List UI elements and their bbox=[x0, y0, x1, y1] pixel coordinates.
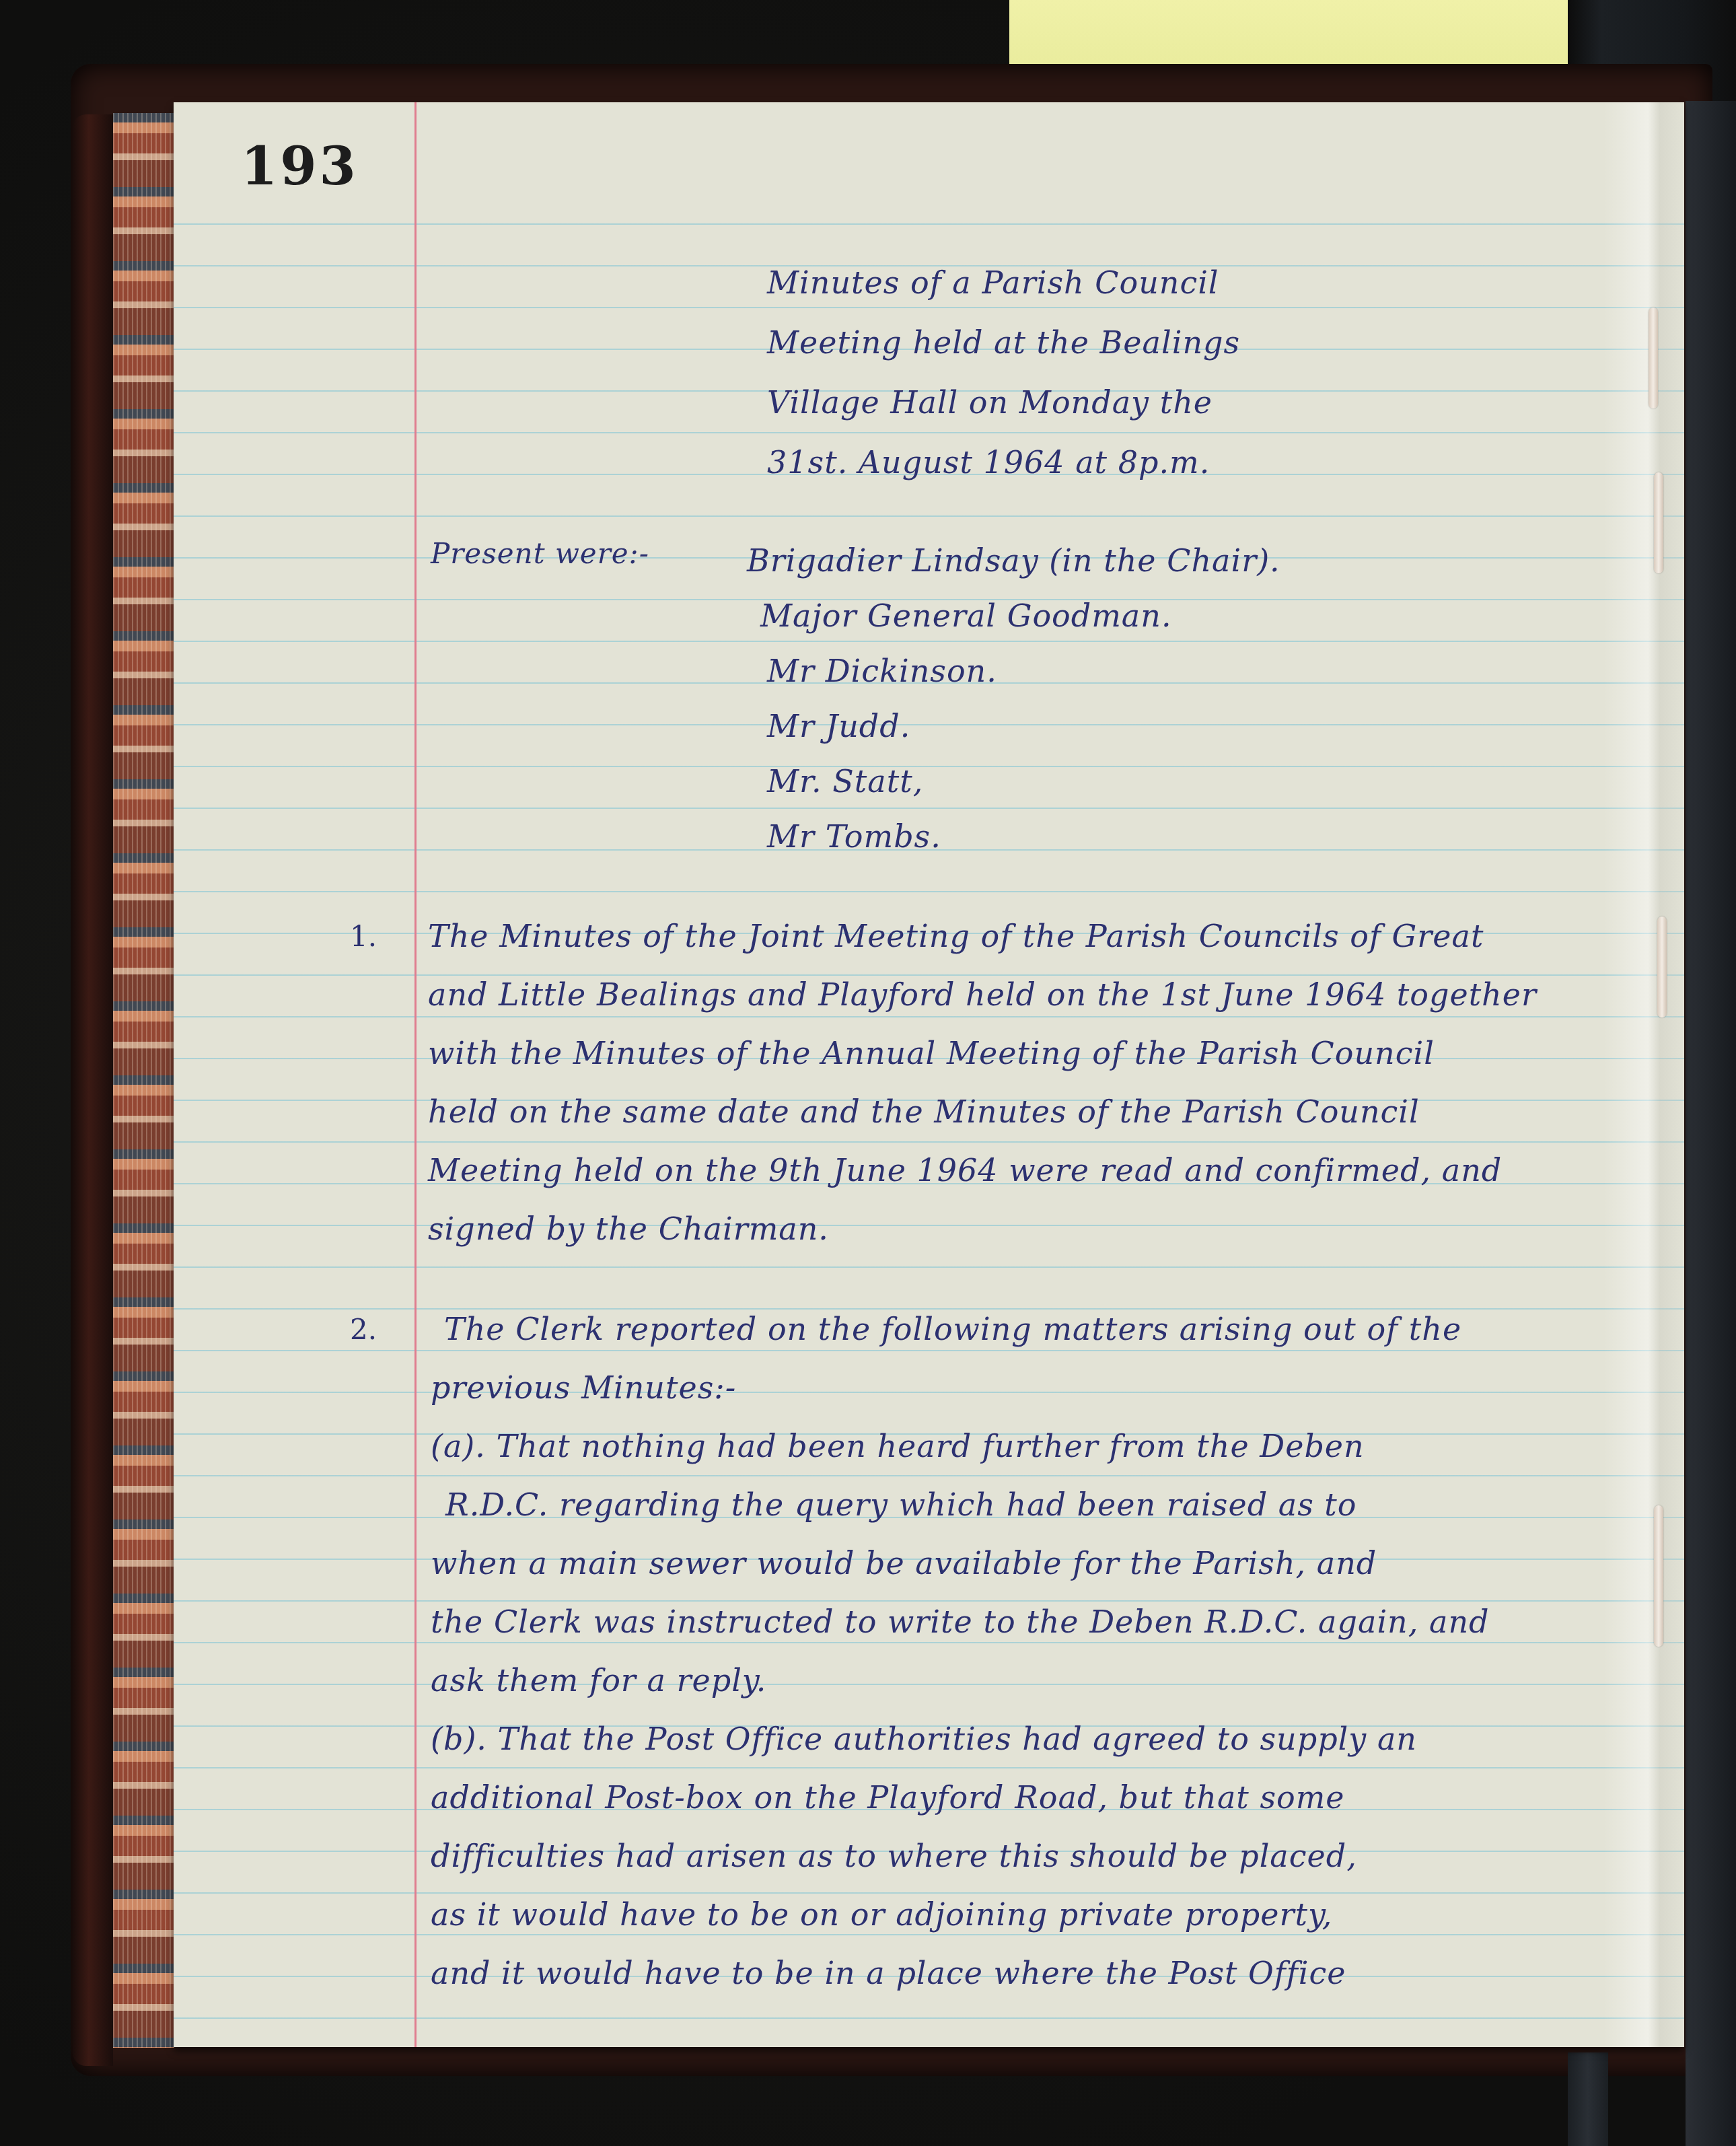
item-line: and Little Bealings and Playford held on… bbox=[428, 966, 1537, 1024]
item-line: (b). That the Post Office authorities ha… bbox=[431, 1710, 1489, 1768]
book-cover-right-edge bbox=[1686, 101, 1736, 2146]
book-spine-edge bbox=[73, 114, 113, 2066]
heading-line: 31st. August 1964 at 8p.m. bbox=[767, 433, 1240, 493]
item-line: Meeting held on the 9th June 1964 were r… bbox=[428, 1141, 1537, 1200]
attendee-list: Brigadier Lindsay (in the Chair). Major … bbox=[747, 533, 1280, 864]
attendee: Mr Dickinson. bbox=[747, 643, 1280, 699]
item-line: the Clerk was instructed to write to the… bbox=[431, 1593, 1489, 1651]
binding-stitch bbox=[1649, 308, 1658, 408]
item-line: additional Post-box on the Playford Road… bbox=[431, 1768, 1489, 1827]
heading-line: Minutes of a Parish Council bbox=[767, 253, 1240, 313]
margin-line bbox=[414, 102, 417, 2047]
binding-stitch bbox=[1654, 1505, 1663, 1647]
binding-stitch bbox=[1654, 472, 1663, 573]
item-line: The Minutes of the Joint Meeting of the … bbox=[428, 907, 1537, 966]
page-gutter bbox=[1603, 102, 1684, 2047]
item-line: ask them for a reply. bbox=[431, 1651, 1489, 1710]
item-line: with the Minutes of the Annual Meeting o… bbox=[428, 1024, 1537, 1083]
item-line: and it would have to be in a place where… bbox=[431, 1944, 1489, 2003]
item-line: previous Minutes:- bbox=[431, 1359, 1489, 1417]
ledger-page: 193 Minutes of a Parish Council Meeting … bbox=[174, 102, 1684, 2047]
attendee: Mr Tombs. bbox=[747, 809, 1280, 864]
attendee: Brigadier Lindsay (in the Chair). bbox=[747, 533, 1280, 588]
item-line: when a main sewer would be available for… bbox=[431, 1534, 1489, 1593]
attendance-label: Present were:- bbox=[431, 533, 649, 575]
item-line: as it would have to be on or adjoining p… bbox=[431, 1886, 1489, 1944]
item-line: difficulties had arisen as to where this… bbox=[431, 1827, 1489, 1886]
heading-line: Meeting held at the Bealings bbox=[767, 313, 1240, 373]
minute-item-2: The Clerk reported on the following matt… bbox=[431, 1300, 1489, 2003]
attendee: Major General Goodman. bbox=[747, 588, 1280, 643]
item-line: held on the same date and the Minutes of… bbox=[428, 1083, 1537, 1141]
item-number: 2. bbox=[350, 1300, 377, 1359]
item-number: 1. bbox=[350, 907, 377, 966]
book-strap bbox=[1568, 2052, 1608, 2146]
marbled-page-edges bbox=[113, 113, 174, 2048]
item-line: signed by the Chairman. bbox=[428, 1200, 1537, 1258]
attendee: Mr. Statt, bbox=[747, 754, 1280, 809]
item-line: (a). That nothing had been heard further… bbox=[431, 1417, 1489, 1476]
minutes-heading: Minutes of a Parish Council Meeting held… bbox=[767, 253, 1240, 493]
item-line: The Clerk reported on the following matt… bbox=[431, 1300, 1489, 1359]
item-line: R.D.C. regarding the query which had bee… bbox=[431, 1476, 1489, 1534]
attendee: Mr Judd. bbox=[747, 699, 1280, 754]
heading-line: Village Hall on Monday the bbox=[767, 373, 1240, 433]
binding-stitch bbox=[1657, 917, 1667, 1017]
page-number: 193 bbox=[241, 136, 359, 197]
minute-item-1: The Minutes of the Joint Meeting of the … bbox=[428, 907, 1537, 1258]
